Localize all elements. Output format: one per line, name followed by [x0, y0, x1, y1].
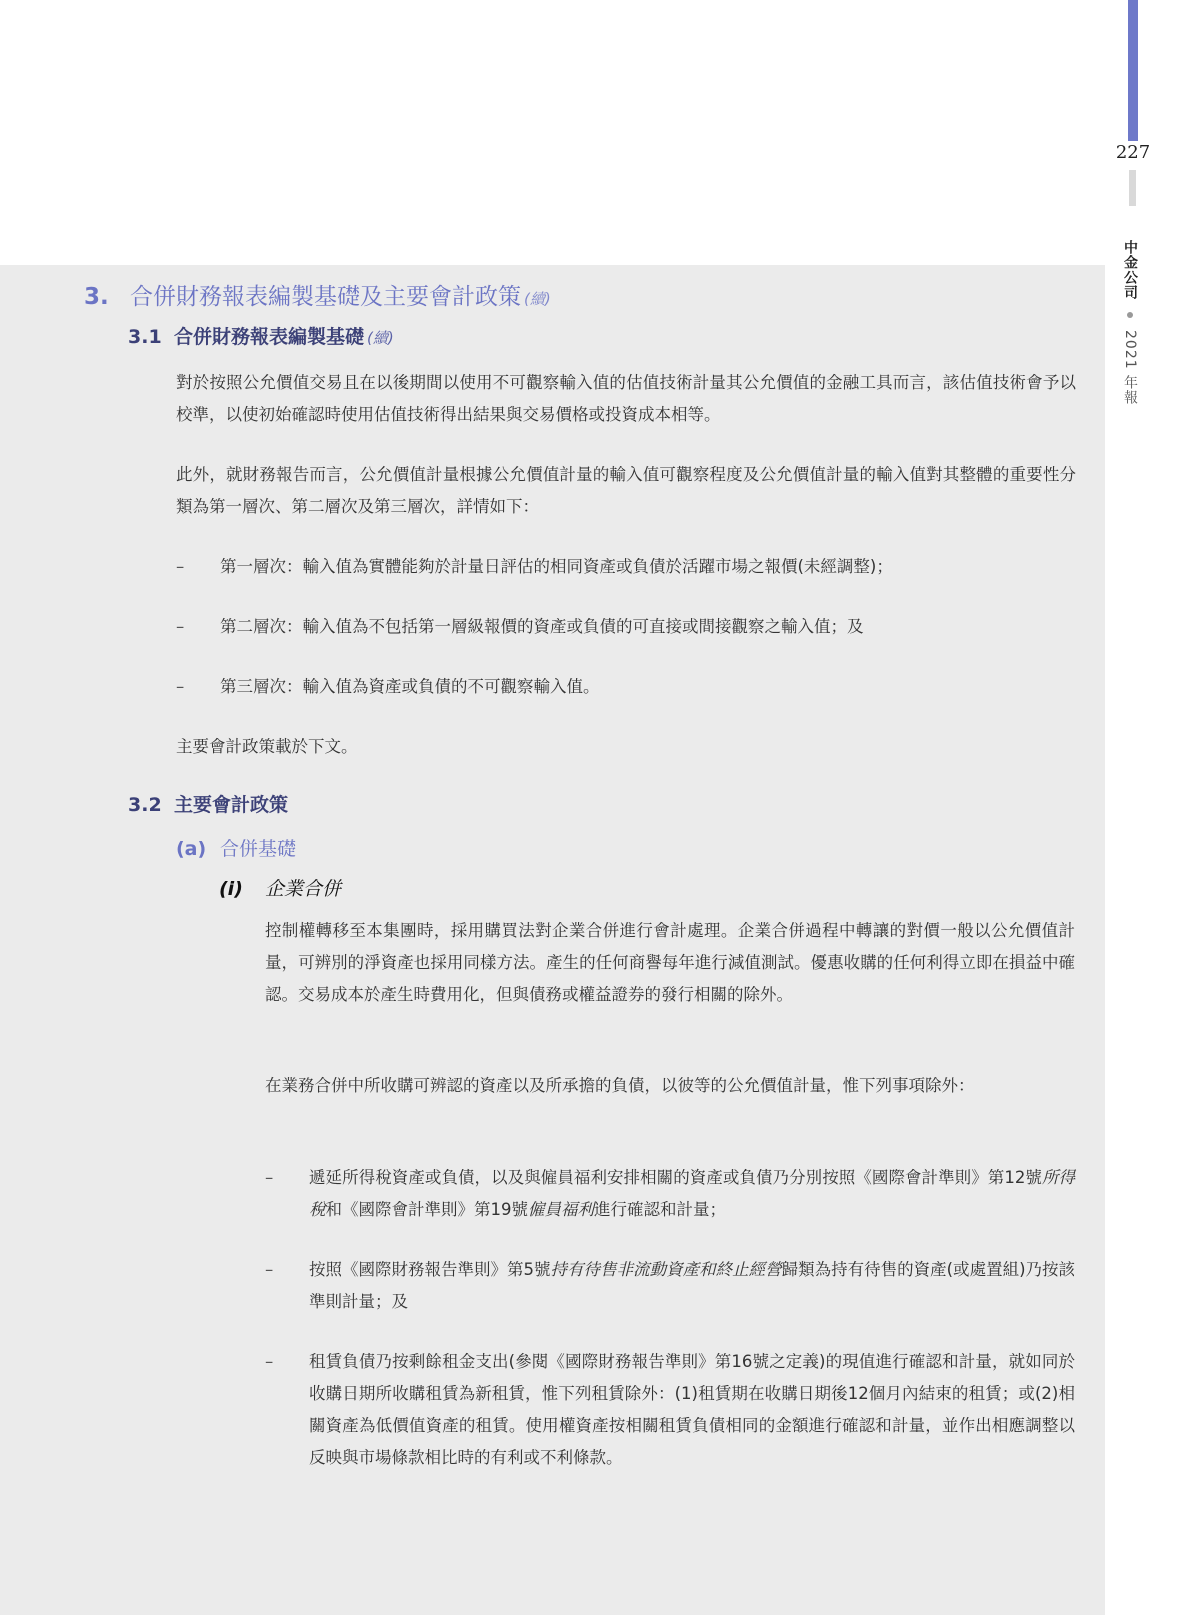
sub-heading-number: (a) [176, 838, 220, 860]
accent-bar [1128, 0, 1138, 141]
list-item-text: 按照《國際財務報告準則》第5號持有待售非流動資產和終止經營歸類為持有待售的資產(… [309, 1254, 1075, 1318]
dash-bullet: – [265, 1162, 309, 1226]
continued-label: (續) [367, 327, 394, 348]
section-title: 合併財務報表編製基礎及主要會計政策 [130, 278, 521, 311]
subsection-heading-3-2: 3.2 主要會計政策 [128, 790, 288, 817]
section-number: 3. [84, 284, 130, 310]
paragraph: 主要會計政策載於下文。 [176, 731, 1076, 763]
subsection-number: 3.1 [128, 326, 174, 348]
dash-bullet: – [176, 671, 220, 703]
subsection-heading-3-1: 3.1 合併財務報表編製基礎 (續) [128, 322, 394, 349]
paragraph: 此外，就財務報告而言，公允價值計量根據公允價值計量的輸入值可觀察程度及公允價值計… [176, 459, 1076, 523]
dash-bullet: – [176, 551, 220, 583]
list-item-text: 第一層次：輸入值為實體能夠於計量日評估的相同資產或負債於活躍市場之報價(未經調整… [220, 551, 893, 583]
list-item: – 租賃負債乃按剩餘租金支出(參閱《國際財務報告準則》第16號之定義)的現值進行… [265, 1346, 1075, 1474]
sub-heading-number: (i) [219, 878, 265, 900]
page-number: 227 [1108, 142, 1158, 163]
list-item-text: 遞延所得稅資產或負債，以及與僱員福利安排相關的資產或負債乃分別按照《國際會計準則… [309, 1162, 1075, 1226]
paragraph: 對於按照公允價值交易且在以後期間以使用不可觀察輸入值的估值技術計量其公允價值的金… [176, 367, 1076, 431]
company-name: 中金公司 [1120, 240, 1140, 300]
text-run: 遞延所得稅資產或負債，以及與僱員福利安排相關的資產或負債乃分別按照《國際會計準則… [309, 1168, 1042, 1187]
paragraph: 在業務合併中所收購可辨認的資產以及所承擔的負債，以彼等的公允價值計量，惟下列事項… [265, 1070, 1075, 1102]
list-item-text: 第三層次：輸入值為資產或負債的不可觀察輸入值。 [220, 671, 600, 703]
sub-heading-a: (a) 合併基礎 [176, 834, 296, 861]
dash-bullet: – [265, 1346, 309, 1474]
dash-bullet: – [176, 611, 220, 643]
sub-heading-i: (i) 企業合併 [219, 874, 341, 901]
list-item: – 第三層次：輸入值為資產或負債的不可觀察輸入值。 [176, 671, 1076, 703]
text-run: 和《國際會計準則》第19號 [326, 1200, 529, 1219]
subsection-title: 主要會計政策 [174, 790, 288, 817]
list-item: – 遞延所得稅資產或負債，以及與僱員福利安排相關的資產或負債乃分別按照《國際會計… [265, 1162, 1075, 1226]
subsection-title: 合併財務報表編製基礎 [174, 322, 364, 349]
text-run: 進行確認和計量； [594, 1200, 726, 1219]
list-item-text: 租賃負債乃按剩餘租金支出(參閱《國際財務報告準則》第16號之定義)的現值進行確認… [309, 1346, 1075, 1474]
list-item: – 按照《國際財務報告準則》第5號持有待售非流動資產和終止經營歸類為持有待售的資… [265, 1254, 1075, 1318]
section-heading: 3. 合併財務報表編製基礎及主要會計政策 (續) [84, 278, 551, 311]
report-year: 2021 年報 [1120, 330, 1140, 405]
list-item: – 第二層次：輸入值為不包括第一層級報價的資產或負債的可直接或間接觀察之輸入值；… [176, 611, 1076, 643]
report-side-label: 中金公司 2021 年報 [1120, 240, 1140, 405]
italic-standard-name: 持有待售非流動資產和終止經營 [551, 1260, 782, 1279]
sub-heading-title: 合併基礎 [220, 834, 296, 861]
dash-bullet: – [265, 1254, 309, 1318]
bullet-dot-icon [1127, 312, 1133, 318]
sub-heading-title: 企業合併 [265, 874, 341, 901]
text-run: 按照《國際財務報告準則》第5號 [309, 1260, 551, 1279]
list-item-text: 第二層次：輸入值為不包括第一層級報價的資產或負債的可直接或間接觀察之輸入值；及 [220, 611, 864, 643]
list-item: – 第一層次：輸入值為實體能夠於計量日評估的相同資產或負債於活躍市場之報價(未經… [176, 551, 1076, 583]
continued-label: (續) [524, 288, 551, 309]
subsection-number: 3.2 [128, 794, 174, 816]
page-divider-bar [1129, 170, 1136, 206]
paragraph: 控制權轉移至本集團時，採用購買法對企業合併進行會計處理。企業合併過程中轉讓的對價… [265, 915, 1075, 1011]
italic-standard-name: 僱員福利 [528, 1200, 594, 1219]
